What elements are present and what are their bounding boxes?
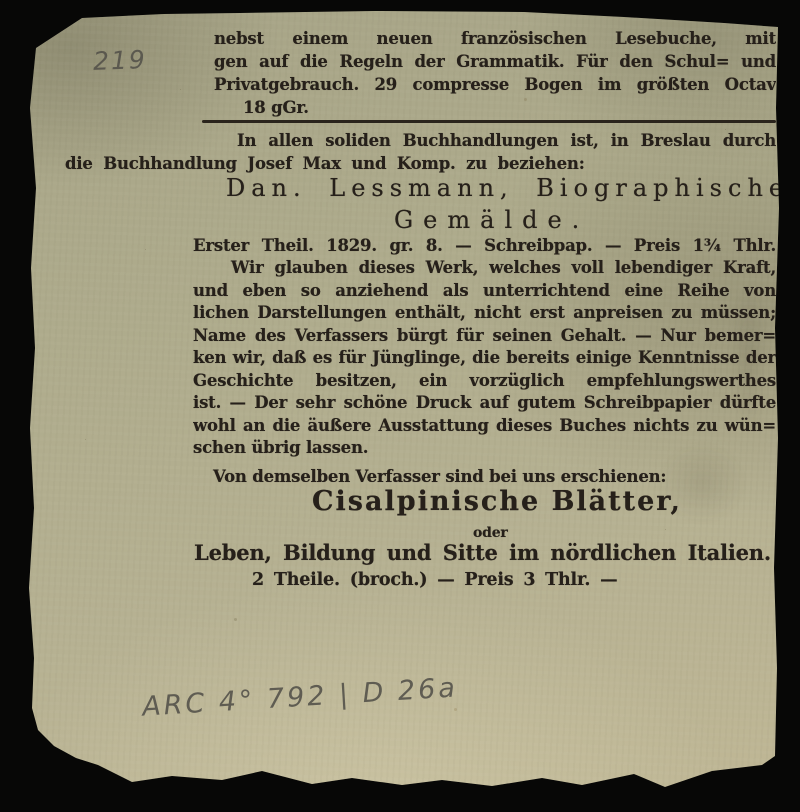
- fragment-line: nebst einem neuen französischen Lesebuch…: [214, 27, 776, 50]
- horizontal-rule: [202, 120, 776, 123]
- second-work-title: Cisalpinische Blätter,: [312, 485, 682, 519]
- book-title-line: Gemälde.: [394, 206, 589, 234]
- review-line: Wir glauben dieses Werk, welches voll le…: [193, 257, 776, 280]
- fragment-line: gen auf die Regeln der Grammatik. Für de…: [214, 50, 776, 73]
- review-line: schen übrig lassen.: [193, 437, 776, 460]
- fragment-line: Privatgebrauch. 29 compresse Bogen im gr…: [214, 73, 776, 96]
- review-line: Name des Verfassers bürgt für seinen Geh…: [193, 325, 776, 348]
- edition-price-line: Erster Theil. 1829. gr. 8. — Schreibpap.…: [193, 234, 776, 257]
- handwritten-page-number: 219: [93, 45, 148, 76]
- handwritten-shelfmark: ARC 4° 792 | D 26a: [141, 672, 458, 722]
- book-title-line: Dan. Lessmann, Biographische: [226, 174, 789, 202]
- intro-line: die Buchhandlung Josef Max und Komp. zu …: [65, 152, 585, 175]
- review-line: wohl an die äußere Ausstattung dieses Bu…: [193, 415, 776, 438]
- review-line: ist. — Der sehr schöne Druck auf gutem S…: [193, 392, 776, 415]
- second-work-subtitle: Leben, Bildung und Sitte im nördlichen I…: [194, 539, 771, 566]
- review-line: und eben so anziehend als unterrichtend …: [193, 280, 776, 303]
- fragment-price-line: 18 gGr.: [243, 96, 443, 119]
- review-paragraph: Wir glauben dieses Werk, welches voll le…: [193, 257, 776, 460]
- review-line: lichen Darstellungen enthält, nicht erst…: [193, 302, 776, 325]
- paper-clipping: 219 nebst einem neuen französischen Lese…: [24, 8, 782, 792]
- review-line: ken wir, daß es für Jünglinge, die berei…: [193, 347, 776, 370]
- previous-ad-fragment: nebst einem neuen französischen Lesebuch…: [214, 27, 776, 119]
- second-work-price-line: 2 Theile. (broch.) — Preis 3 Thlr. —: [252, 569, 617, 592]
- review-line: Geschichte besitzen, ein vorzüglich empf…: [193, 370, 776, 393]
- intro-line: In allen soliden Buchhandlungen ist, in …: [237, 129, 776, 152]
- paper-speckles: [24, 8, 27, 11]
- scanned-page: { "colors": { "background": "#070706", "…: [0, 0, 800, 812]
